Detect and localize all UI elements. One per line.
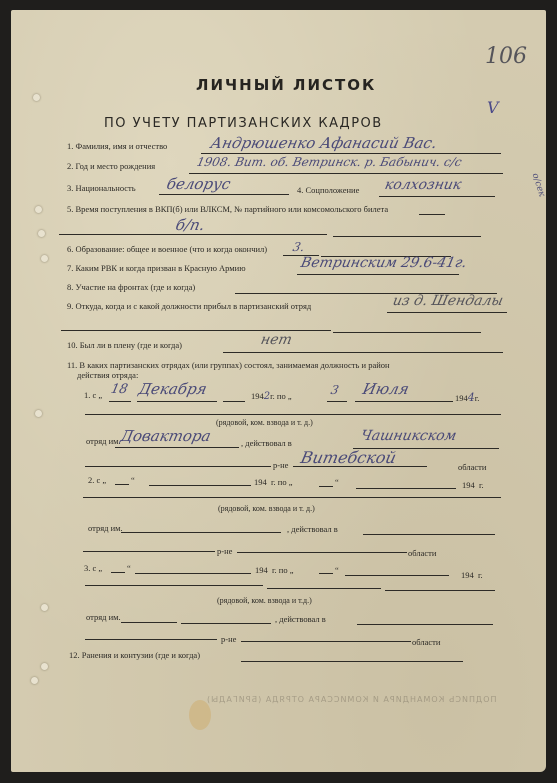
field-11-label-line1: 11. В каких партизанских отрядах (или гр…	[67, 360, 390, 370]
field-2-label: 2. Год и место рождения	[67, 161, 155, 171]
entry-1-from-day: 18	[109, 382, 129, 397]
entry-1-otryad: Довактора	[119, 427, 212, 445]
entry-1-to-year: 4	[468, 391, 475, 404]
field-5-value: б/п.	[174, 216, 206, 234]
field-3-value: белорус	[165, 175, 232, 193]
archive-number: 106	[485, 44, 527, 69]
entry-1-to-day: 3	[330, 383, 341, 397]
field-2-value: 1908. Вит. об. Ветринск. р. Бабынич. с/с	[196, 155, 464, 169]
field-3-label: 3. Национальность	[67, 183, 136, 193]
field-6-label: 6. Образование: общее и военное (что и к…	[67, 244, 267, 254]
punch-hole	[33, 94, 40, 101]
field-10-value: нет	[259, 332, 293, 348]
punch-hole	[31, 677, 38, 684]
field-11-label-line2: действия отряда:	[77, 370, 138, 380]
document-title: ЛИЧНЫЙ ЛИСТОК	[196, 76, 376, 94]
paper-stain	[189, 700, 211, 730]
punch-hole	[41, 604, 48, 611]
field-4-label: 4. Соцположение	[297, 185, 359, 195]
position-hint: (рядовой, ком. взвода и т. д.)	[216, 418, 313, 427]
field-9-label: 9. Откуда, когда и с какой должности при…	[67, 301, 311, 311]
field-7-value: Ветринским 29.6-41г.	[299, 255, 468, 271]
field-8-label: 8. Участие на фронтах (где и когда)	[67, 282, 195, 292]
field-1-label: 1. Фамилия, имя и отчество	[67, 141, 167, 151]
field-4-value: колхозник	[383, 177, 463, 193]
margin-note: о/сек	[530, 172, 547, 198]
punch-hole	[41, 663, 48, 670]
field-7-label: 7. Каким РВК и когда призван в Красную А…	[67, 263, 246, 273]
punch-hole	[38, 230, 45, 237]
check-mark: V	[487, 98, 499, 117]
entry-1-oblast: Витебской	[299, 448, 398, 467]
entry-1-to-month: Июля	[361, 380, 411, 398]
entry-1-from-month: Декабря	[137, 380, 208, 398]
punch-hole	[41, 255, 48, 262]
field-10-label: 10. Был ли в плену (где и когда)	[67, 340, 182, 350]
field-12-label: 12. Ранения и контузии (где и когда)	[69, 650, 200, 660]
personal-record-sheet: 106 ЛИЧНЫЙ ЛИСТОК V ПО УЧЕТУ ПАРТИЗАНСКИ…	[11, 10, 546, 772]
field-1-value: Андрюшенко Афанасий Вас.	[209, 134, 439, 152]
entry-1-acted-in: Чашникском	[359, 428, 458, 444]
punch-hole	[35, 410, 42, 417]
document-subtitle: ПО УЧЕТУ ПАРТИЗАНСКИХ КАДРОВ	[104, 116, 383, 131]
field-9-value: из д. Шендалы	[391, 293, 504, 309]
field-5-label: 5. Время поступления в ВКП(б) или ВЛКСМ,…	[67, 204, 388, 214]
punch-hole	[35, 206, 42, 213]
bleed-through-text: ПОДПИСЬ КОМАНДИРА И КОМИССАРА ОТРЯДА (БР…	[206, 695, 497, 704]
field-6-value: 3.	[292, 240, 306, 254]
